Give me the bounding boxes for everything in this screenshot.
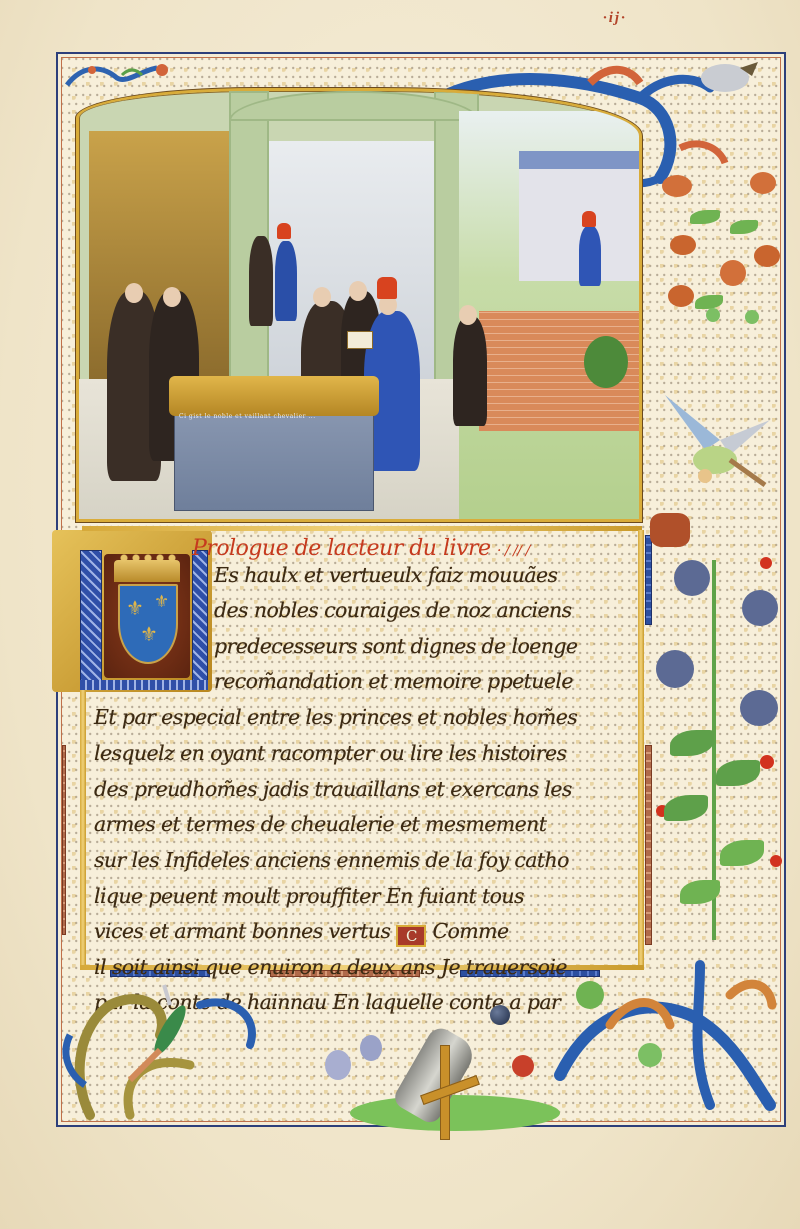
text-line: des preudhom̃es jadis trauaillans et exe…	[94, 777, 572, 801]
monk-head	[459, 305, 477, 325]
bird-in-flight-icon	[660, 390, 780, 500]
folio-number: ·ij·	[603, 10, 627, 27]
grass-mound	[350, 1095, 560, 1131]
blue-acanthus-icon	[550, 955, 782, 1125]
green-bud-icon	[745, 310, 759, 324]
fleur-de-lis-icon: ⚜	[140, 624, 158, 644]
violet-flower-icon	[360, 1035, 382, 1061]
initial-letter-right	[192, 550, 208, 690]
red-star-flower-icon	[512, 1055, 534, 1077]
open-book	[347, 331, 373, 349]
green-leaf-icon	[670, 730, 714, 756]
orange-blossom-icon	[662, 175, 692, 197]
gold-frame-left	[80, 690, 86, 965]
crown-icon	[114, 560, 180, 582]
gold-frame-right	[638, 530, 644, 970]
red-hat	[377, 277, 397, 299]
butterfly-icon	[650, 513, 690, 547]
golden-acanthus-icon	[60, 975, 280, 1125]
text-line: des nobles couraiges de noz anciens	[214, 598, 572, 622]
red-flower-icon	[760, 755, 774, 769]
initial-letter-stem	[80, 550, 102, 690]
tomb-inscription: Ci gist le noble et vaillant chevalier .…	[179, 413, 369, 420]
right-margin-border	[650, 60, 780, 970]
orange-blossom-icon	[720, 260, 746, 286]
red-hat	[277, 223, 291, 239]
initial-letter-foot	[80, 680, 208, 690]
violet-flower-icon	[325, 1050, 351, 1080]
blue-columbine-icon	[674, 560, 710, 596]
rubric-filler: · ∕ ∕∕ ∕	[497, 543, 530, 559]
text-line: lesquelz en oyant racompter ou lire les …	[94, 741, 566, 765]
blue-columbine-icon	[740, 690, 778, 726]
monk-head	[163, 287, 181, 307]
monk-figure	[453, 316, 487, 426]
monk-figure-background	[249, 236, 273, 326]
monk-head	[349, 281, 367, 301]
text-segment: Comme	[432, 919, 508, 943]
blue-columbine-icon	[656, 650, 694, 688]
text-line: predecesseurs sont dignes de loenge	[214, 634, 577, 658]
green-leaf-icon	[716, 760, 760, 786]
green-leaf-icon	[730, 220, 758, 234]
text-line: armes et termes de cheualerie et mesmeme…	[94, 812, 546, 836]
text-line: Et par especial entre les princes et nob…	[94, 705, 577, 729]
red-bar-left	[62, 745, 66, 935]
top-border-scroll-icon	[62, 60, 182, 90]
tree	[584, 336, 628, 388]
historiated-initial: ⚜ ⚜ ⚜	[42, 520, 212, 692]
fleur-de-lis-icon: ⚜	[154, 594, 169, 611]
green-leaf-icon	[690, 210, 720, 224]
orange-blossom-icon	[668, 285, 694, 307]
text-line: recom̃andation et memoire ppetuele	[214, 669, 573, 693]
text-line: lique peuent moult prouffiter En fuiant …	[94, 884, 524, 908]
monk-head	[313, 287, 331, 307]
rubric-heading: Prologue de lacteur du livre · ∕ ∕∕ ∕	[192, 536, 530, 561]
red-flower-icon	[760, 557, 772, 569]
orange-blossom-icon	[754, 245, 780, 267]
text-line: sur les Infideles anciens ennemis de la …	[94, 848, 569, 872]
text-line: Es haulx et vertueulx faiz mouuães	[214, 563, 557, 587]
orange-blossom-icon	[670, 235, 696, 255]
blue-columbine-icon	[742, 590, 778, 626]
bottom-margin-border	[60, 975, 782, 1125]
cannonball-icon	[490, 1005, 510, 1025]
orange-blossom-icon	[750, 172, 776, 194]
miniature-painting: Ci gist le noble et vaillant chevalier .…	[76, 88, 642, 522]
man-in-blue-background	[275, 241, 297, 321]
text-line: vices et armant bonnes vertusCComme	[94, 919, 508, 947]
gilded-effigy	[169, 376, 379, 416]
monk-head	[125, 283, 143, 303]
rubric-text: Prologue de lacteur du livre	[192, 536, 491, 561]
text-segment: vices et armant bonnes vertus	[94, 919, 390, 943]
red-hat	[582, 211, 596, 227]
coat-of-arms-shield: ⚜ ⚜ ⚜	[118, 584, 178, 664]
inline-initial: C	[396, 925, 426, 947]
green-leaf-icon	[664, 795, 708, 821]
green-bud-icon	[706, 308, 720, 322]
green-leaf-icon	[695, 295, 723, 309]
fleur-de-lis-icon: ⚜	[126, 598, 144, 618]
scribe-figure	[579, 226, 601, 286]
red-flower-icon	[770, 855, 782, 867]
gold-frame-top	[82, 526, 642, 531]
green-leaf-icon	[720, 840, 764, 866]
